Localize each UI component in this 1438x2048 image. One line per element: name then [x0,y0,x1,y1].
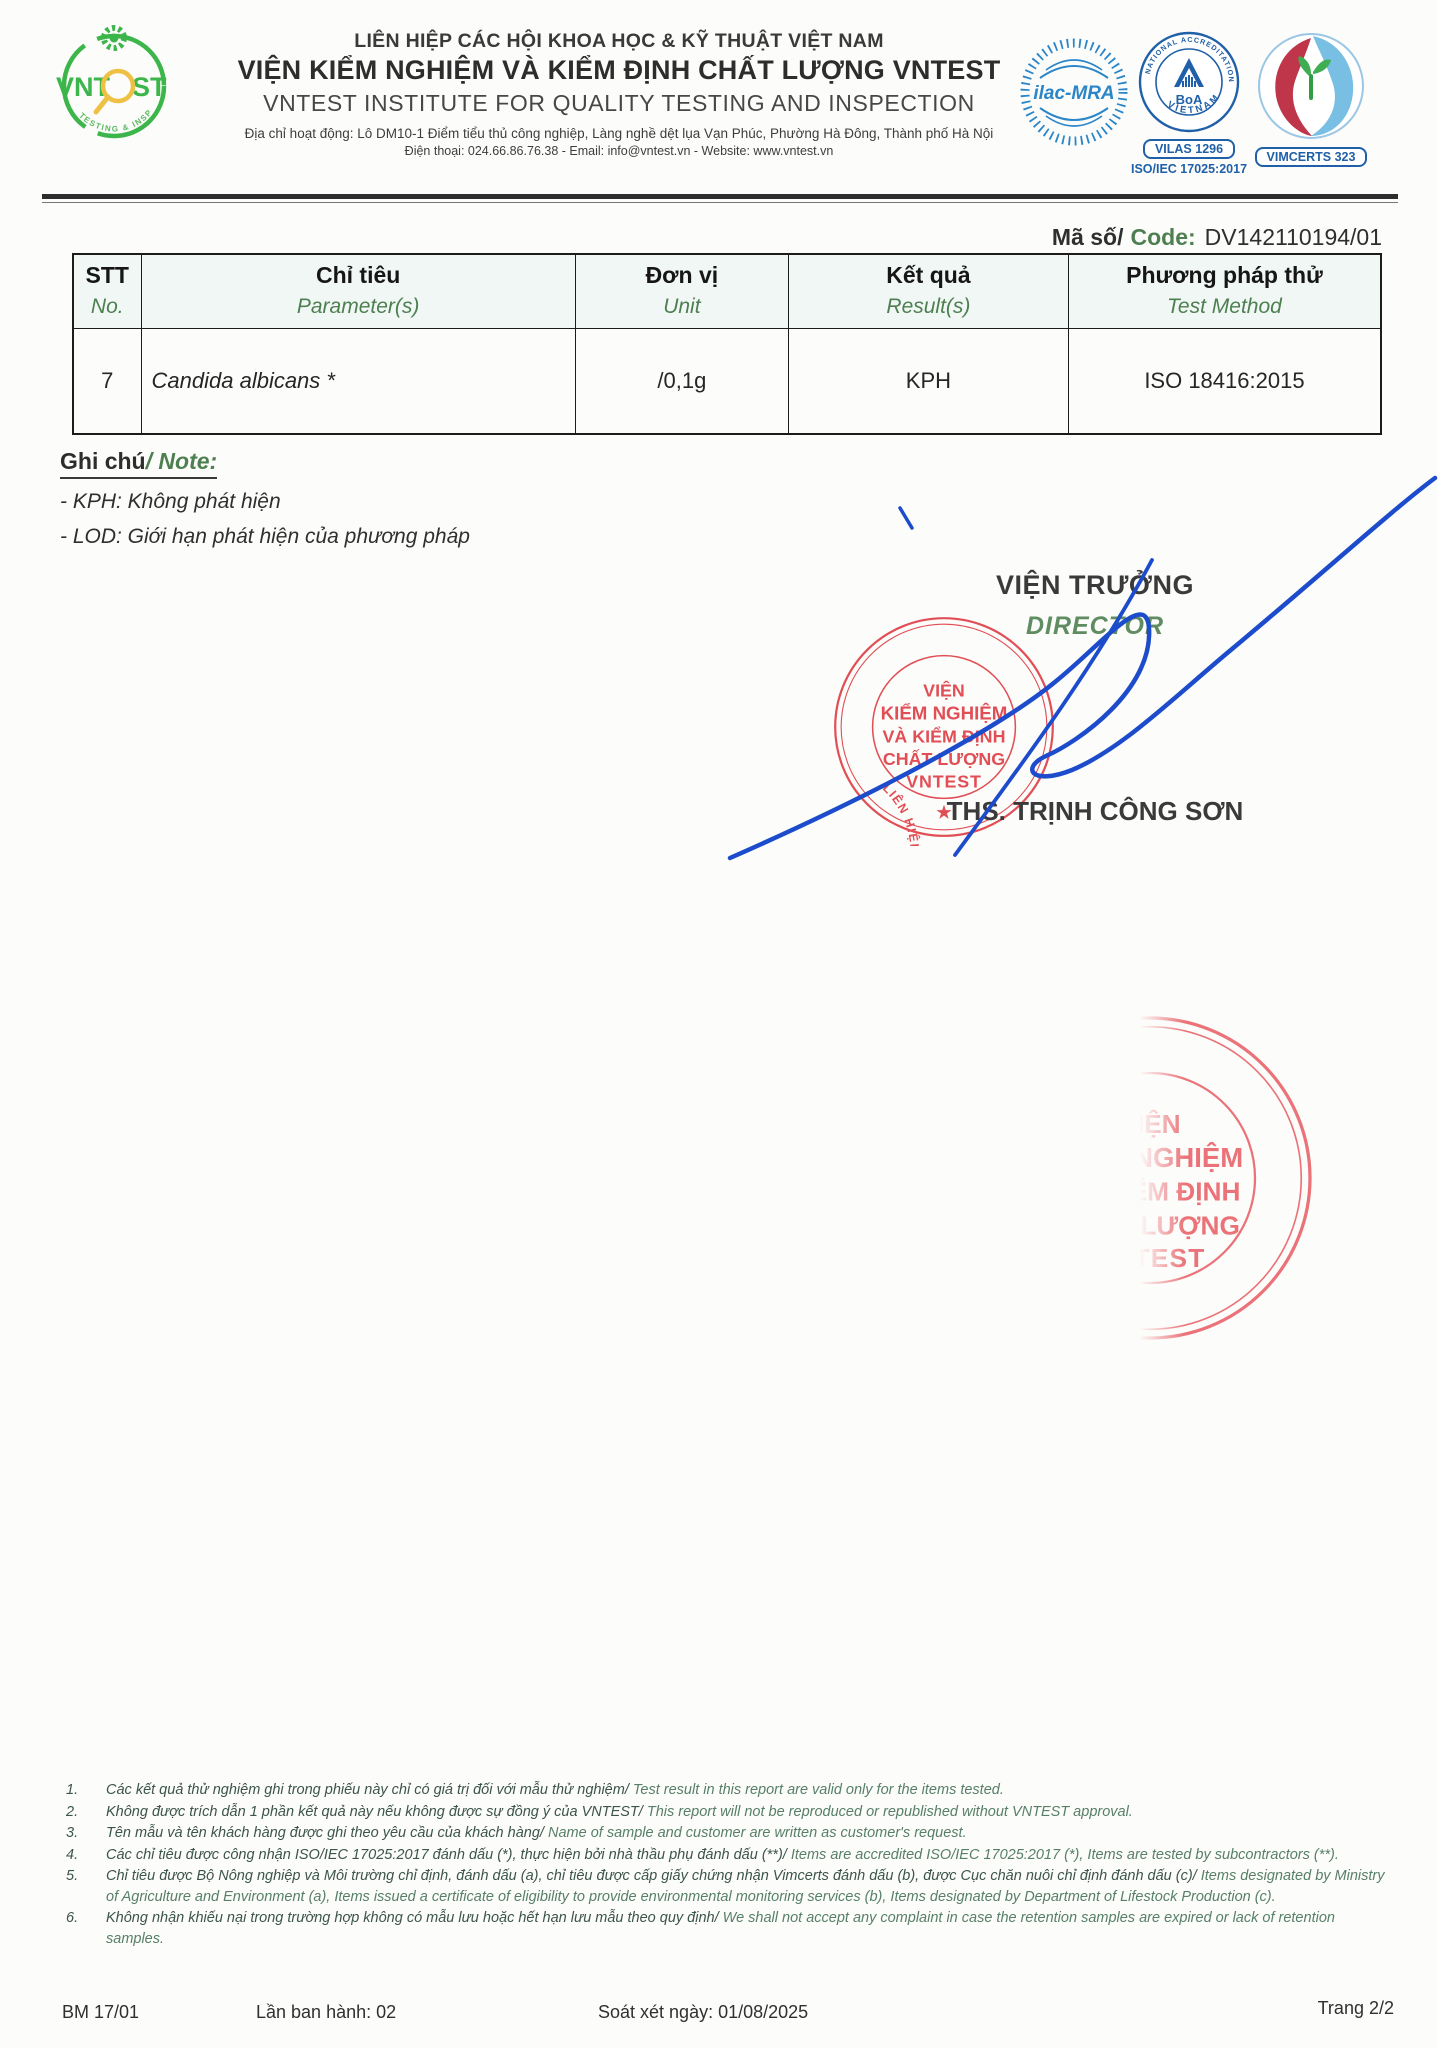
results-header-row: STT No. Chỉ tiêu Parameter(s) Đơn vị Uni… [73,254,1381,329]
boa-label: BoA [1176,92,1203,107]
boa-icon: NATIONAL ACCREDITATION BUREAU VIETNAM Bo… [1137,30,1241,134]
stamp-line: VIỆN [1119,1109,1180,1139]
footnote-5: 5. Chỉ tiêu được Bộ Nông nghiệp và Môi t… [58,1866,1394,1907]
vimcerts-badge: VIMCERTS 323 [1252,30,1370,167]
letterhead-text: LIÊN HIỆP CÁC HỘI KHOA HỌC & KỸ THUẬT VI… [188,30,1050,158]
org-institute-name-en: VNTEST INSTITUTE FOR QUALITY TESTING AND… [188,90,1050,117]
footnotes-section: 1. Các kết quả thử nghiệm ghi trong phiế… [58,1780,1394,1951]
document-page: VNT ST TESTING & INSPECTION LIÊN HIỆP CÁ… [0,0,1438,2048]
col-header-method: Phương pháp thử Test Method [1068,254,1381,329]
report-code-line: Mã số/Code:DV142110194/01 [700,224,1382,251]
vimcerts-number-badge: VIMCERTS 323 [1255,147,1368,167]
partial-stamp: LIÊN HIỆP CÁC HỘI KHOA HỌC VÀ KỸ THUẬT V… [975,1003,1325,1353]
vntest-logo-icon: VNT ST TESTING & INSPECTION [48,24,180,150]
note-lod: - LOD: Giới hạn phát hiện của phương phá… [60,525,470,549]
form-number: BM 17/01 [62,2002,139,2023]
footnote-4: 4. Các chỉ tiêu được công nhận ISO/IEC 1… [58,1845,1394,1866]
iso-accreditation-label: ISO/IEC 17025:2017 [1131,162,1247,176]
cell-method: ISO 18416:2015 [1068,329,1381,435]
ilac-mra-label: ilac-MRA [1033,83,1114,104]
note-kph: - KPH: Không phát hiện [60,490,470,514]
vimcerts-sprout-stem [1309,74,1313,100]
notes-heading: Ghi chú/ Note: [60,448,217,479]
boa-badge: NATIONAL ACCREDITATION BUREAU VIETNAM Bo… [1134,30,1244,176]
signature-ink [700,440,1438,880]
org-contact: Điện thoại: 024.66.86.76.38 - Email: inf… [188,144,1050,158]
ilac-mra-badge: ilac-MRA [1018,36,1130,148]
org-federation-name: LIÊN HIỆP CÁC HỘI KHOA HỌC & KỸ THUẬT VI… [188,30,1050,53]
page-number: Trang 2/2 [1318,1998,1394,2019]
stamp-line: VÀ KIỂM ĐỊNH [1060,1177,1241,1207]
org-address: Địa chỉ hoạt động: Lô DM10-1 Điểm tiểu t… [188,126,1050,141]
code-label-vi: Mã số/ [1052,224,1124,250]
vimcerts-icon [1255,30,1367,142]
cell-no: 7 [73,329,141,435]
code-label-en: Code: [1130,224,1195,250]
vilas-number-badge: VILAS 1296 [1143,139,1235,159]
issue-number: Lần ban hành: 02 [256,2002,396,2023]
cell-unit: /0,1g [575,329,788,435]
header-divider [42,194,1398,203]
col-header-no: STT No. [73,254,141,329]
footnote-1: 1. Các kết quả thử nghiệm ghi trong phiế… [58,1780,1394,1801]
footnote-3: 3. Tên mẫu và tên khách hàng được ghi th… [58,1823,1394,1844]
cell-parameter: Candida albicans * [141,329,575,435]
logo-text-st: ST [132,72,167,102]
notes-section: Ghi chú/ Note: - KPH: Không phát hiện - … [60,448,470,549]
code-value: DV142110194/01 [1205,224,1382,250]
ilac-mra-icon: ilac-MRA [1018,36,1130,148]
table-row: 7 Candida albicans * /0,1g KPH ISO 18416… [73,329,1381,435]
org-institute-name-vi: VIỆN KIỂM NGHIỆM VÀ KIỂM ĐỊNH CHẤT LƯỢNG… [188,55,1050,86]
results-table: STT No. Chỉ tiêu Parameter(s) Đơn vị Uni… [72,253,1382,435]
cell-result: KPH [788,329,1068,435]
review-date: Soát xét ngày: 01/08/2025 [598,2002,808,2023]
stamp-line: VNTEST [1094,1243,1205,1273]
footnote-2: 2. Không được trích dẫn 1 phần kết quả n… [58,1802,1394,1823]
vntest-logo: VNT ST TESTING & INSPECTION [48,24,180,150]
stamp-line: CHẤT LƯỢNG [1060,1210,1240,1240]
col-header-unit: Đơn vị Unit [575,254,788,329]
col-header-result: Kết quả Result(s) [788,254,1068,329]
col-header-parameter: Chỉ tiêu Parameter(s) [141,254,575,329]
stamp-line: KIỂM NGHIỆM [1057,1142,1243,1173]
footnote-6: 6. Không nhận khiếu nại trong trường hợp… [58,1908,1394,1949]
